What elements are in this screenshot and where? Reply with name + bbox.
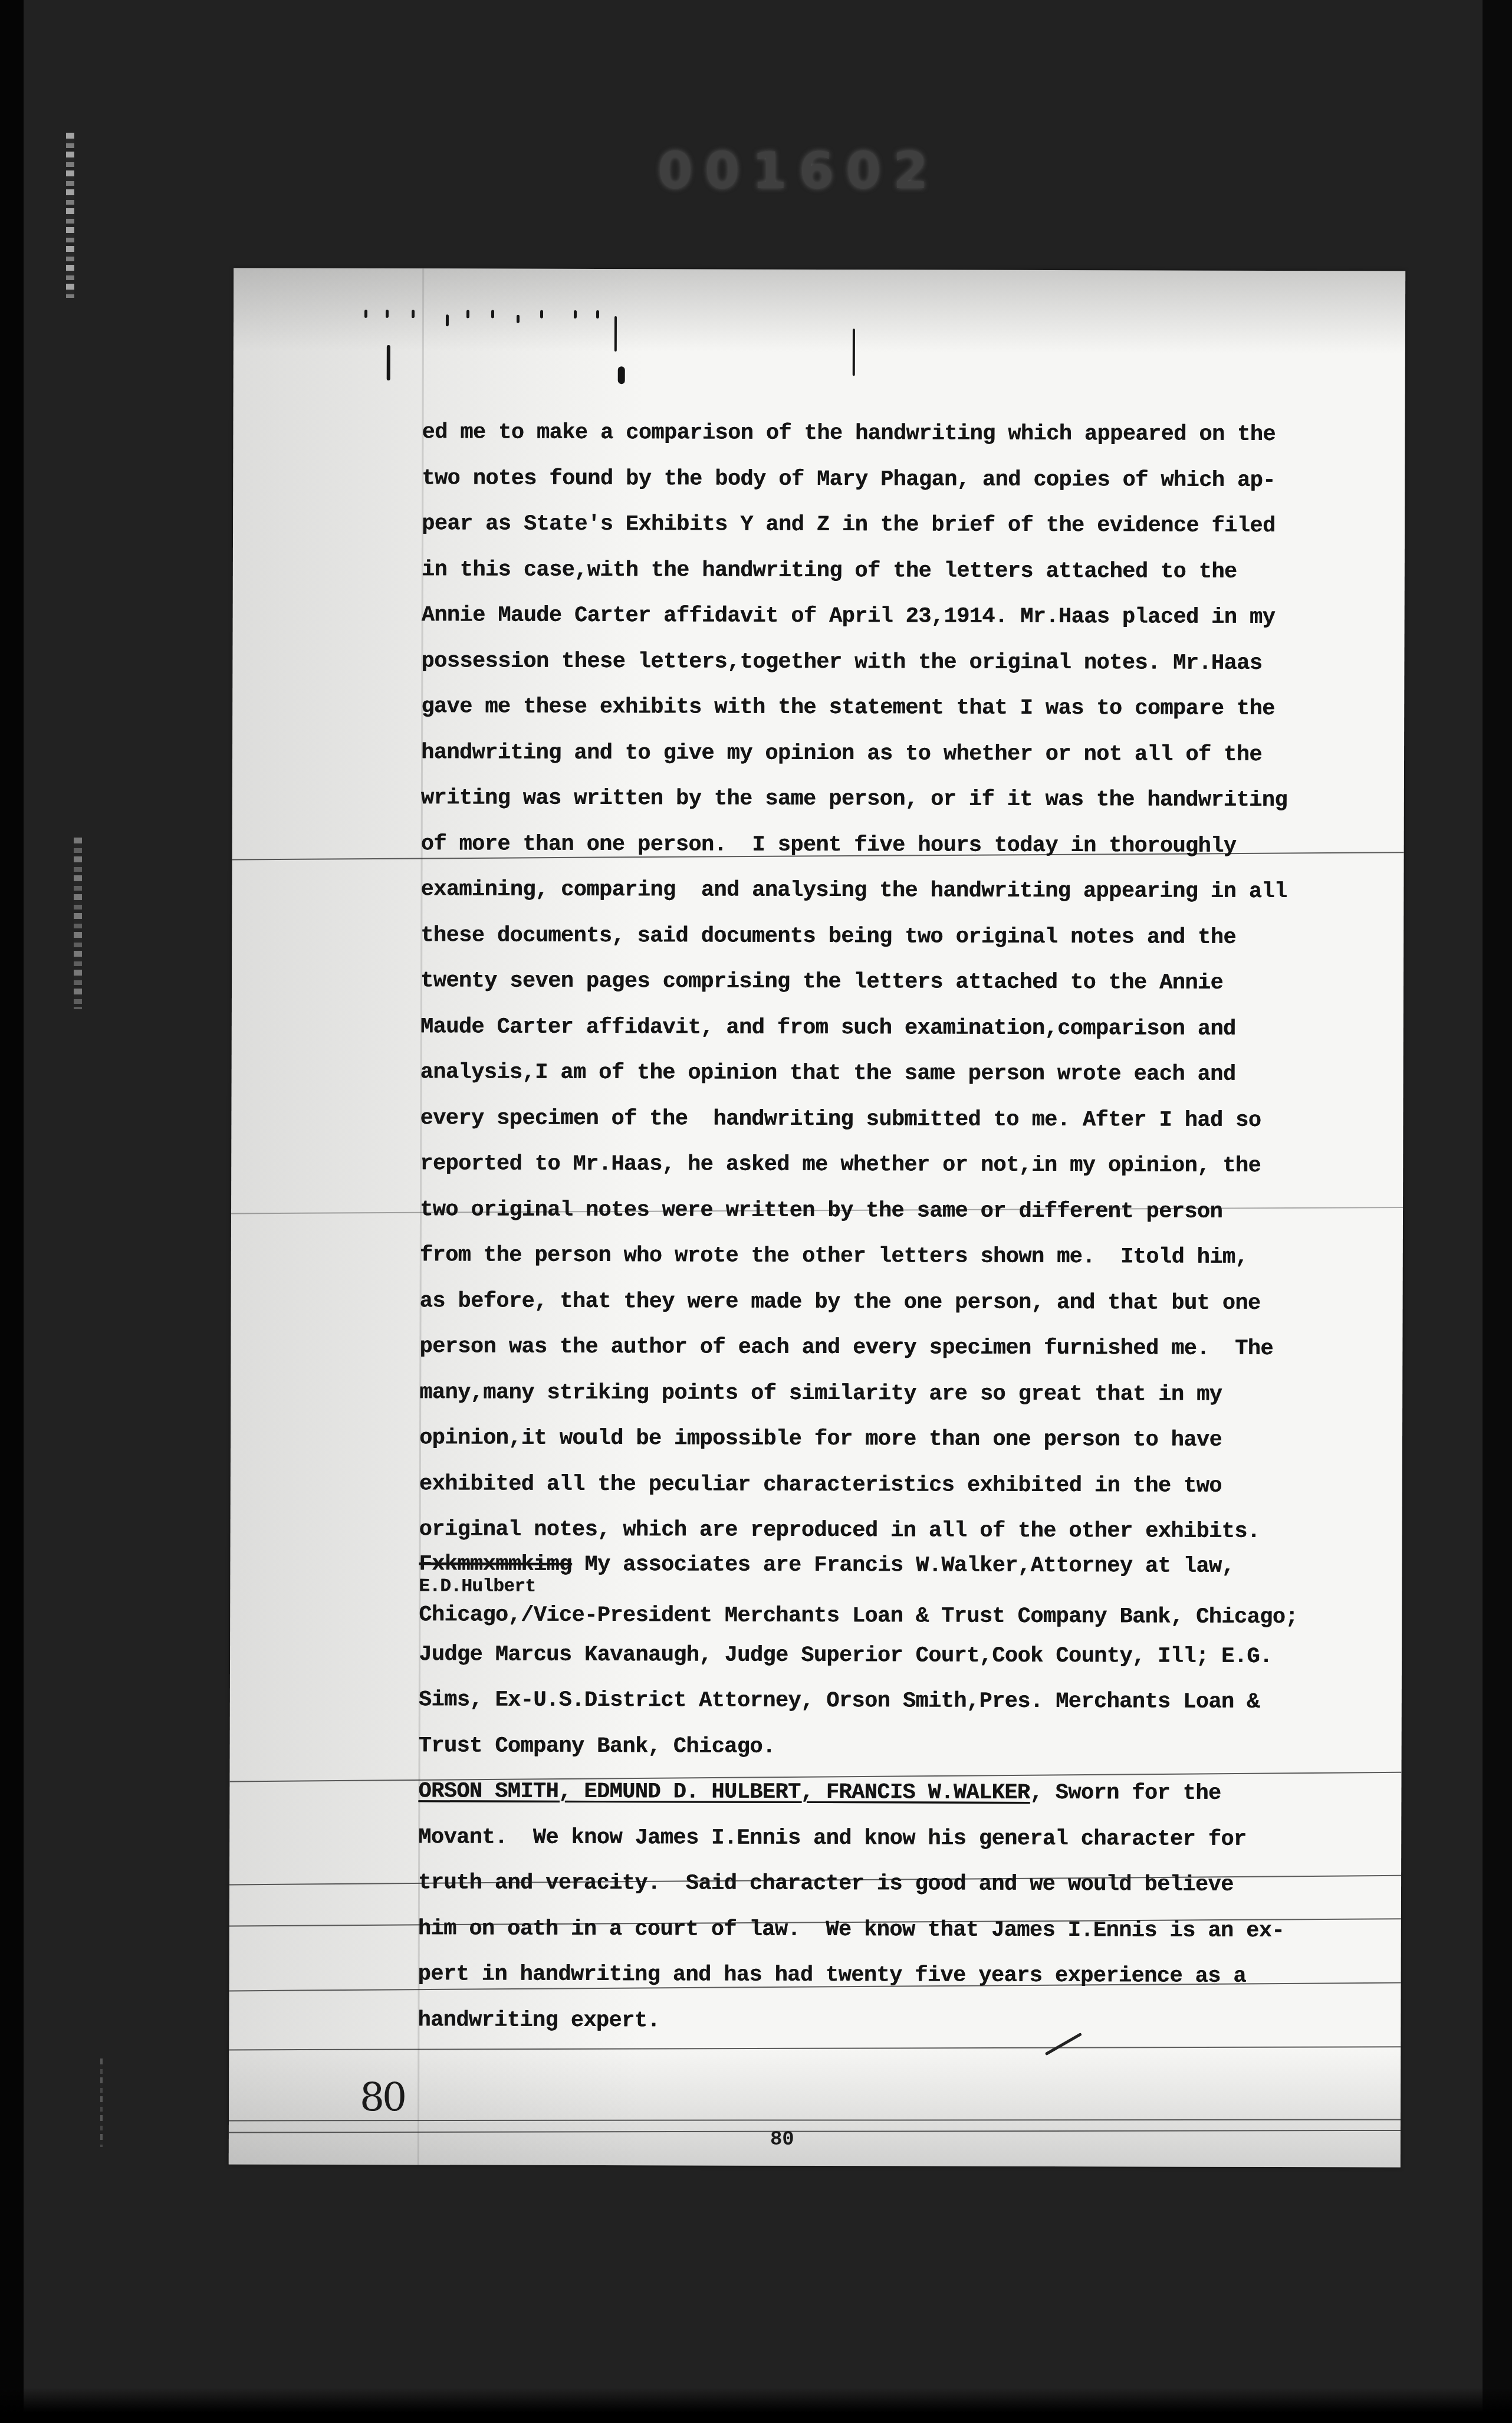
film-bottom-edge xyxy=(0,2388,1512,2423)
text-line: ed me to make a comparison of the handwr… xyxy=(422,410,1389,458)
text-line: Trust Company Bank, Chicago. xyxy=(419,1723,1386,1772)
associates-text: My associates are Francis W.Walker,Attor… xyxy=(584,1552,1234,1578)
text-line: Sims, Ex-U.S.District Attorney, Orson Sm… xyxy=(419,1677,1386,1726)
text-line: two original notes were written by the s… xyxy=(420,1187,1387,1236)
text-line: truth and veracity. Said character is go… xyxy=(418,1860,1385,1909)
sworn-text: , Sworn for the xyxy=(1030,1781,1221,1806)
film-edge-marking xyxy=(100,2058,103,2147)
text-line: handwriting and to give my opinion as to… xyxy=(421,730,1388,779)
text-line: Judge Marcus Kavanaugh, Judge Superior C… xyxy=(419,1632,1386,1680)
typed-body-text: ed me to make a comparison of the handwr… xyxy=(418,410,1389,2046)
text-line: analysis,I am of the opinion that the sa… xyxy=(420,1050,1388,1098)
pin-hole xyxy=(412,310,415,318)
struck-out-text: Fxkmmxmmkimg xyxy=(419,1552,571,1577)
text-line: possession these letters,together with t… xyxy=(421,639,1388,687)
text-line: Annie Maude Carter affidavit of April 23… xyxy=(422,593,1389,641)
text-line: examining, comparing and analysing the h… xyxy=(420,867,1388,915)
film-edge-marking xyxy=(74,838,82,1009)
ruled-line xyxy=(229,2119,1401,2122)
text-line: Maude Carter affidavit, and from such ex… xyxy=(420,1004,1388,1053)
microfilm-frame-number: 001602 xyxy=(658,142,940,201)
text-line: every specimen of the handwriting submit… xyxy=(420,1096,1387,1144)
film-left-edge xyxy=(0,0,24,2423)
ink-blot xyxy=(618,366,625,384)
pin-hole xyxy=(466,310,469,318)
ruled-line xyxy=(229,2046,1401,2050)
text-line: from the person who wrote the other lett… xyxy=(420,1233,1387,1281)
pin-hole xyxy=(446,314,449,326)
text-line: Chicago,/Vice-President Merchants Loan &… xyxy=(419,1598,1386,1634)
typed-page-number: 80 xyxy=(770,2129,794,2151)
pin-hole xyxy=(853,329,855,376)
text-line: him on oath in a court of law. We know t… xyxy=(418,1906,1385,1955)
text-line: in this case,with the handwriting of the… xyxy=(422,547,1389,596)
pin-hole xyxy=(364,310,367,318)
text-line: gave me these exhibits with the statemen… xyxy=(421,684,1388,733)
text-line: opinion,it would be impossible for more … xyxy=(419,1416,1386,1464)
text-line: as before, that they were made by the on… xyxy=(420,1279,1387,1327)
film-right-edge xyxy=(1483,0,1512,2423)
sworn-line: ORSON SMITH, EDMUND D. HULBERT, FRANCIS … xyxy=(418,1769,1385,1817)
text-line: reported to Mr.Haas, he asked me whether… xyxy=(420,1141,1387,1190)
text-line: twenty seven pages comprising the letter… xyxy=(420,958,1388,1007)
pin-hole xyxy=(574,310,577,319)
pin-hole xyxy=(387,345,390,380)
pin-hole xyxy=(386,310,389,318)
text-line: these documents, said documents being tw… xyxy=(420,913,1388,961)
document-page: ed me to make a comparison of the handwr… xyxy=(229,268,1405,2167)
pin-hole xyxy=(596,310,599,319)
sworn-names: ORSON SMITH, EDMUND D. HULBERT, FRANCIS … xyxy=(418,1779,1030,1805)
text-line: of more than one person. I spent five ho… xyxy=(421,822,1388,870)
text-line: exhibited all the peculiar characteristi… xyxy=(419,1462,1386,1510)
text-line: person was the author of each and every … xyxy=(419,1324,1386,1373)
text-line: many,many striking points of similarity … xyxy=(419,1370,1386,1419)
ruled-line xyxy=(229,2130,1401,2133)
pin-hole xyxy=(540,310,543,319)
handwritten-page-number: 80 xyxy=(360,2074,405,2120)
film-edge-marking xyxy=(66,133,74,298)
inserted-name: E.D.Hulbert xyxy=(419,1575,1386,1600)
text-line: original notes, which are reproduced in … xyxy=(419,1507,1386,1555)
text-line: writing was written by the same person, … xyxy=(421,776,1388,824)
text-line: two notes found by the body of Mary Phag… xyxy=(422,456,1389,504)
pin-hole xyxy=(614,316,617,352)
associates-line: Fxkmmxmmkimg My associates are Francis W… xyxy=(419,1553,1386,1578)
text-line: Movant. We know James I.Ennis and know h… xyxy=(418,1815,1385,1863)
text-line: handwriting expert. xyxy=(418,1998,1385,2046)
pin-hole xyxy=(491,310,494,319)
text-line: pert in handwriting and has had twenty f… xyxy=(418,1952,1385,2000)
pin-hole xyxy=(517,315,520,323)
text-line: pear as State's Exhibits Y and Z in the … xyxy=(422,501,1389,550)
